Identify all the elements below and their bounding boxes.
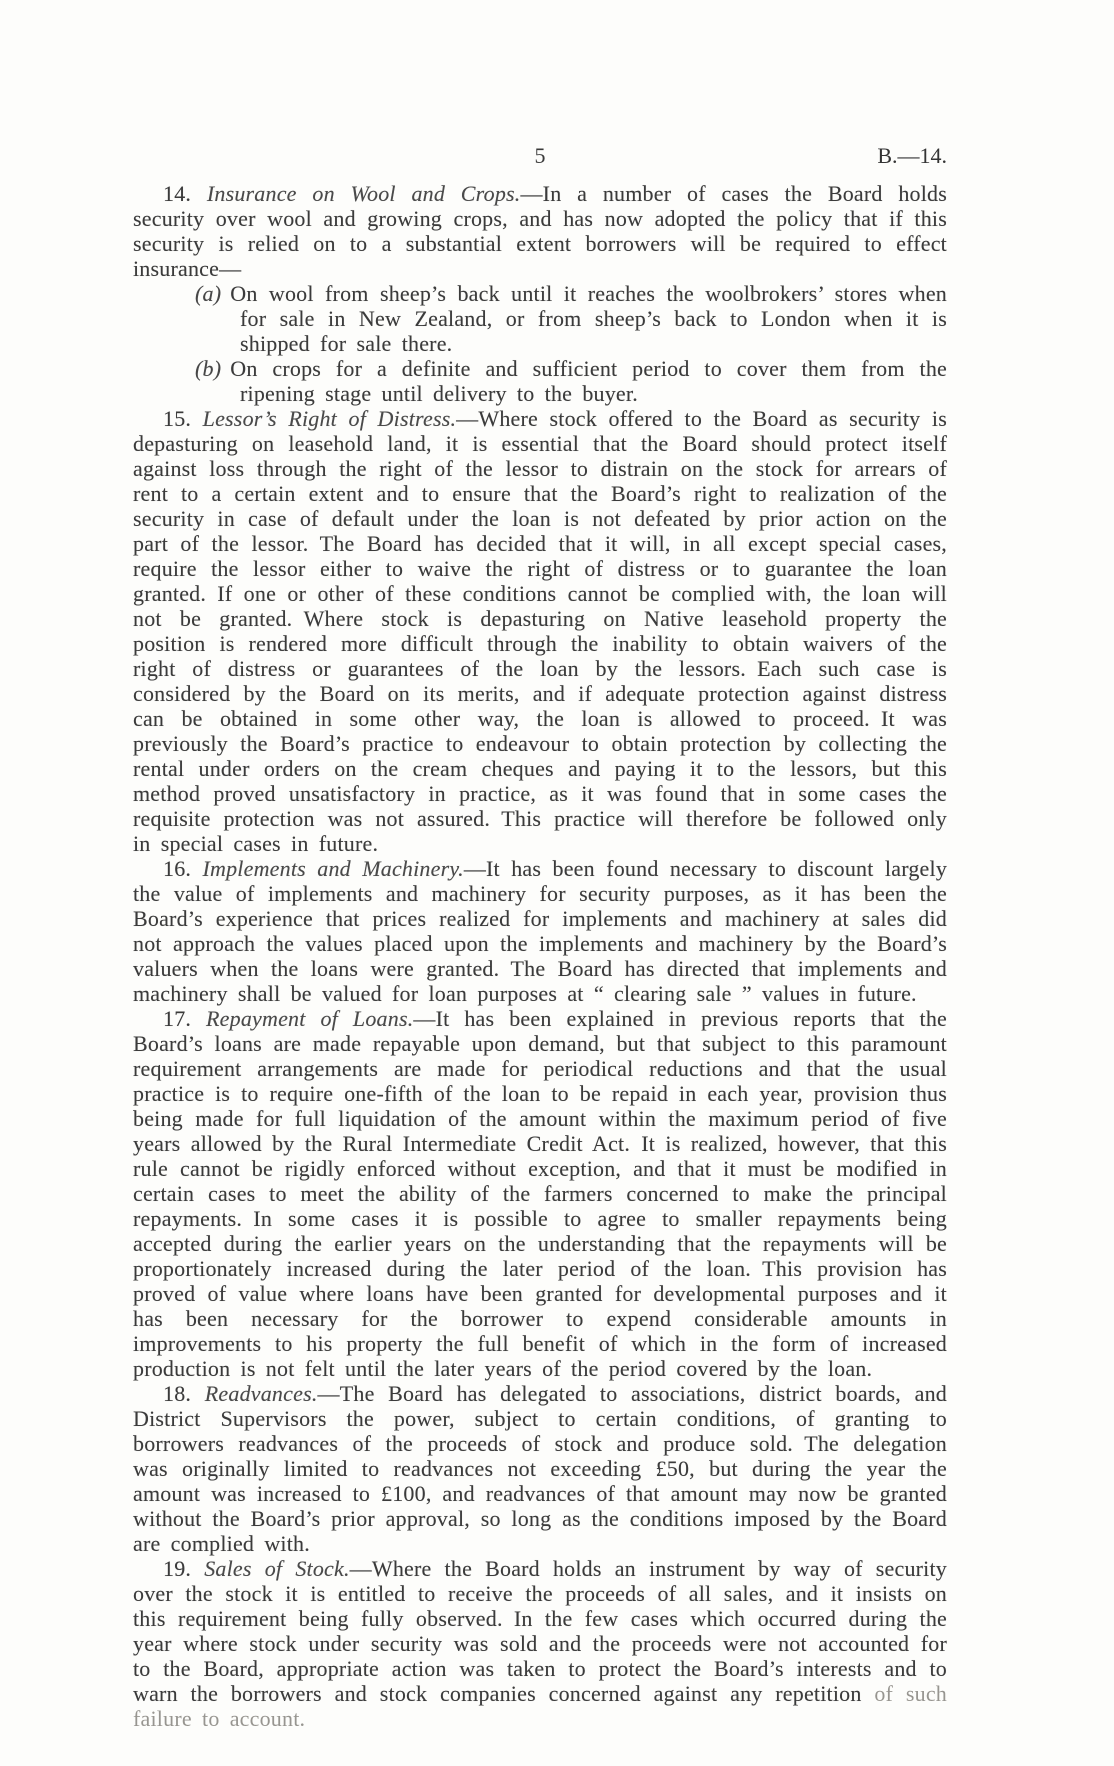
list-item-a: (a)On wool from sheep’s back until it re…	[195, 281, 947, 356]
paragraph-19: 19. Sales of Stock.—Where the Board hold…	[133, 1556, 947, 1731]
paragraph-14-title: Insurance on Wool and Crops.	[207, 181, 521, 206]
page-number: 5	[535, 143, 546, 168]
document-reference: B.—14.	[877, 143, 947, 168]
paragraph-17-title: Repayment of Loans.	[206, 1006, 413, 1031]
paragraph-16: 16. Implements and Machinery.—It has bee…	[133, 856, 947, 1006]
list-item-b: (b)On crops for a definite and sufficien…	[195, 356, 947, 406]
paragraph-16-number: 16.	[163, 856, 191, 881]
list-item-b-text: On crops for a definite and sufficient p…	[230, 356, 947, 406]
paragraph-15-number: 15.	[163, 406, 191, 431]
paragraph-18-title: Readvances.	[205, 1381, 318, 1406]
paragraph-15-title: Lessor’s Right of Distress.	[203, 406, 457, 431]
page-header: 5 B.—14.	[133, 143, 947, 168]
paragraph-14-number: 14.	[163, 181, 191, 206]
text-block: 5 B.—14. 14. Insurance on Wool and Crops…	[133, 143, 947, 1731]
paragraph-19-number: 19.	[163, 1556, 191, 1581]
paragraph-19-title: Sales of Stock.	[204, 1556, 349, 1581]
paragraph-15: 15. Lessor’s Right of Distress.—Where st…	[133, 406, 947, 856]
paragraph-14: 14. Insurance on Wool and Crops.—In a nu…	[133, 181, 947, 281]
list-item-b-label: (b)	[195, 356, 230, 381]
paragraph-16-title: Implements and Machinery.	[202, 856, 463, 881]
list-item-a-text: On wool from sheep’s back until it reach…	[230, 281, 947, 356]
paragraph-18-text: —The Board has delegated to associations…	[133, 1381, 947, 1556]
paragraph-18: 18. Readvances.—The Board has delegated …	[133, 1381, 947, 1556]
paragraph-17-number: 17.	[163, 1006, 191, 1031]
list-item-a-label: (a)	[195, 281, 230, 306]
paragraph-17-text: —It has been explained in previous repor…	[133, 1006, 947, 1381]
scanned-report-page: 5 B.—14. 14. Insurance on Wool and Crops…	[0, 0, 1114, 1766]
paragraph-15-text: —Where stock offered to the Board as sec…	[133, 406, 947, 856]
paragraph-17: 17. Repayment of Loans.—It has been expl…	[133, 1006, 947, 1381]
paragraph-18-number: 18.	[163, 1381, 191, 1406]
